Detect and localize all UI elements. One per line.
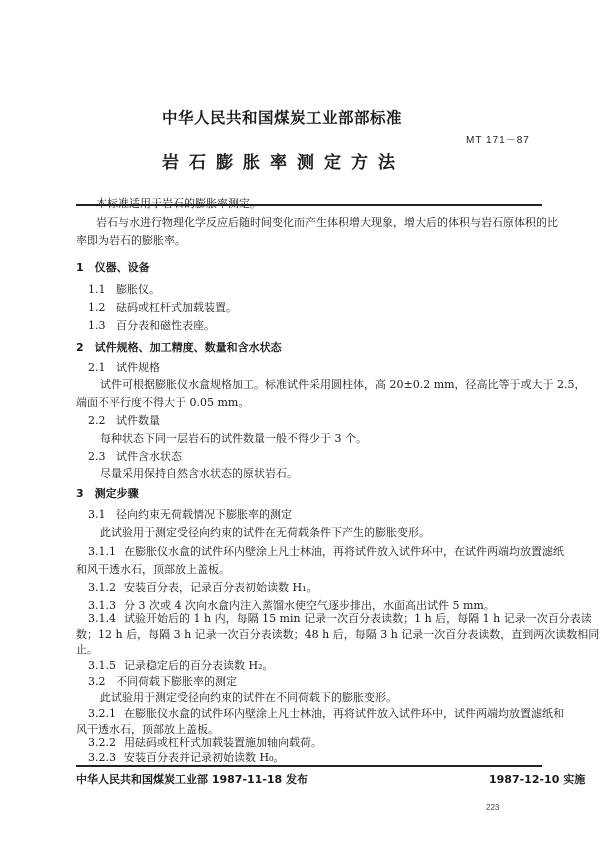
footer-divider xyxy=(76,765,542,767)
item-number: 3.1.1 xyxy=(88,544,124,559)
page-number: 223 xyxy=(486,803,499,812)
item-number: 3.2 xyxy=(88,674,116,689)
item-number: 3.2.2 xyxy=(88,735,124,750)
item-text: 百分表和磁性表座。 xyxy=(116,319,215,332)
item-text: 膨胀仪。 xyxy=(116,283,160,296)
item-text: 不同荷载下膨胀率的测定 xyxy=(116,675,237,688)
item-3-2-3: 3.2.3安装百分表并记录初始读数 H₀。 xyxy=(88,750,285,765)
item-text: 试件规格 xyxy=(116,361,160,374)
spec-paragraph-line1: 试件可根据膨胀仪水盒规格加工。标准试件采用圆柱体，高 20±0.2 mm，径高比… xyxy=(100,377,586,392)
item-1-2: 1.2砝码或杠杆式加载装置。 xyxy=(88,300,237,315)
item-1-3: 1.3百分表和磁性表座。 xyxy=(88,318,215,333)
item-3-1-4-line1: 3.1.4试验开始后的 1 h 内，每隔 15 min 记录一次百分表读数；1 … xyxy=(88,611,592,626)
item-number: 2.3 xyxy=(88,449,116,464)
item-number: 3.2.3 xyxy=(88,750,124,765)
item-3-1-4-line2: 数；12 h 后，每隔 3 h 记录一次百分表读数；48 h 后，每隔 3 h … xyxy=(76,627,600,642)
item-text: 在膨胀仪水盒的试件环内壁涂上凡士林油，再将试件放入试件环中，试件两端均放置滤纸和 xyxy=(124,707,564,720)
item-number: 3.1.4 xyxy=(88,611,124,626)
issuing-organization: 中华人民共和国煤炭工业部部标准 xyxy=(162,106,402,128)
moisture-paragraph: 尽量采用保持自然含水状态的原状岩石。 xyxy=(100,466,298,481)
section-3-heading: 3 测定步骤 xyxy=(76,485,139,501)
item-3-2-description: 此试验用于测定受径向约束的试件在不同荷载下的膨胀变形。 xyxy=(100,690,397,705)
item-1-1: 1.1膨胀仪。 xyxy=(88,282,160,297)
intro-paragraph-1: 本标准适用于岩石的膨胀率测定。 xyxy=(96,196,261,211)
item-number: 3.2.1 xyxy=(88,706,124,721)
item-3-1: 3.1径向约束无荷载情况下膨胀率的测定 xyxy=(88,507,292,522)
item-3-1-1-line1: 3.1.1在膨胀仪水盒的试件环内壁涂上凡士林油，再将试件放入试件环中，在试件两端… xyxy=(88,544,564,559)
item-number: 3.1.2 xyxy=(88,580,124,595)
item-3-2-2: 3.2.2用砝码或杠杆式加载装置施加轴向载荷。 xyxy=(88,735,322,750)
standard-code: MT 171－87 xyxy=(466,131,530,146)
item-text: 砝码或杠杆式加载装置。 xyxy=(116,301,237,314)
item-number: 2.1 xyxy=(88,360,116,375)
item-text: 记录稳定后的百分表读数 H₂。 xyxy=(124,659,274,672)
item-number: 1.3 xyxy=(88,318,116,333)
item-text: 试验开始后的 1 h 内，每隔 15 min 记录一次百分表读数；1 h 后，每… xyxy=(124,612,592,625)
quantity-paragraph: 每种状态下同一层岩石的试件数量一般不得少于 3 个。 xyxy=(100,431,367,446)
section-1-heading: 1 仪器、设备 xyxy=(76,259,150,275)
issue-date: 中华人民共和国煤炭工业部 1987-11-18 发布 xyxy=(76,771,308,787)
item-text: 在膨胀仪水盒的试件环内壁涂上凡士林油，再将试件放入试件环中，在试件两端均放置滤纸 xyxy=(124,545,564,558)
effective-date: 1987-12-10 实施 xyxy=(489,771,585,787)
intro-paragraph-2-line1: 岩石与水进行物理化学反应后随时间变化而产生体积增大现象，增大后的体积与岩石原体积… xyxy=(96,215,558,230)
item-number: 2.2 xyxy=(88,413,116,428)
item-2-2: 2.2试件数量 xyxy=(88,413,160,428)
spec-paragraph-line2: 端面不平行度不得大于 0.05 mm。 xyxy=(76,395,249,410)
item-number: 1.2 xyxy=(88,300,116,315)
document-title: 岩石膨胀率测定方法 xyxy=(162,148,405,173)
item-number: 1.1 xyxy=(88,282,116,297)
item-3-1-4-line3: 止。 xyxy=(76,642,98,657)
item-text: 安装百分表并记录初始读数 H₀。 xyxy=(124,751,285,764)
item-3-1-5: 3.1.5记录稳定后的百分表读数 H₂。 xyxy=(88,658,274,673)
item-text: 试件数量 xyxy=(116,414,160,427)
item-2-3: 2.3试件含水状态 xyxy=(88,449,182,464)
intro-paragraph-2-line2: 率即为岩石的膨胀率。 xyxy=(76,233,186,248)
section-2-heading: 2 试件规格、加工精度、数量和含水状态 xyxy=(76,339,282,355)
item-2-1: 2.1试件规格 xyxy=(88,360,160,375)
item-3-1-2: 3.1.2安装百分表，记录百分表初始读数 H₁。 xyxy=(88,580,318,595)
item-3-1-1-line2: 和风干透水石，顶部放上盖板。 xyxy=(76,562,230,577)
item-3-2: 3.2不同荷载下膨胀率的测定 xyxy=(88,674,237,689)
item-number: 3.1.5 xyxy=(88,658,124,673)
item-text: 安装百分表，记录百分表初始读数 H₁。 xyxy=(124,581,318,594)
item-text: 径向约束无荷载情况下膨胀率的测定 xyxy=(116,508,292,521)
item-3-1-description: 此试验用于测定受径向约束的试件在无荷载条件下产生的膨胀变形。 xyxy=(100,525,430,540)
item-text: 用砝码或杠杆式加载装置施加轴向载荷。 xyxy=(124,736,322,749)
item-3-2-1-line1: 3.2.1在膨胀仪水盒的试件环内壁涂上凡士林油，再将试件放入试件环中，试件两端均… xyxy=(88,706,564,721)
item-number: 3.1 xyxy=(88,507,116,522)
item-text: 试件含水状态 xyxy=(116,450,182,463)
